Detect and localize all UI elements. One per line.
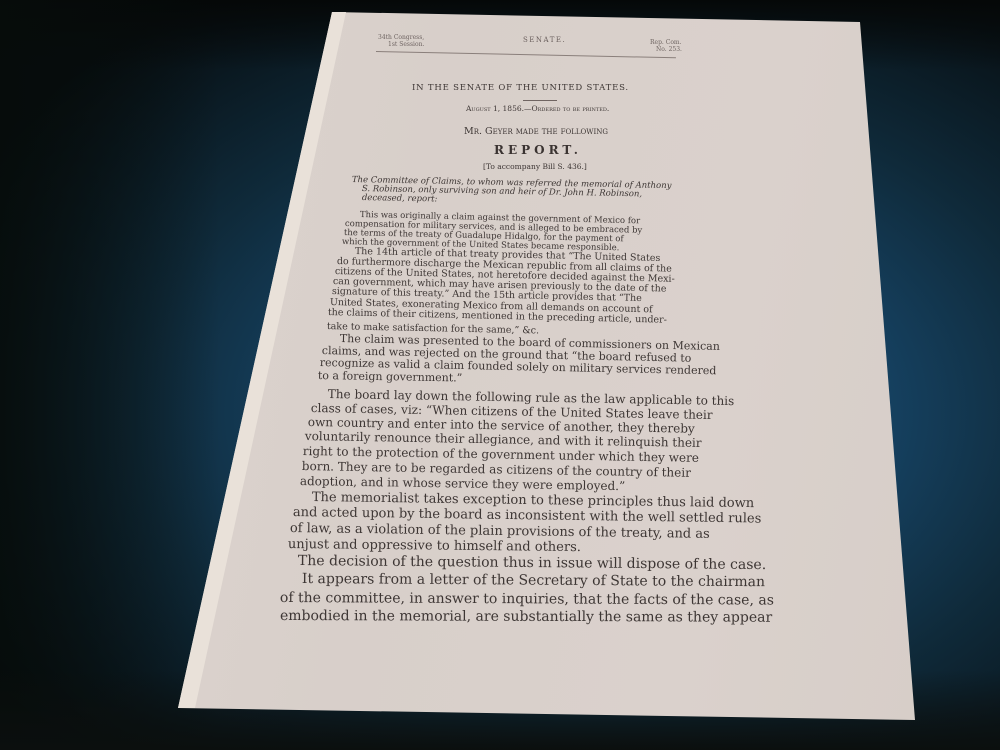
presenter-line: Mr. Geyer made the following [464, 126, 608, 137]
report-title: REPORT. [494, 143, 582, 157]
header-report-number: No. 253. [656, 46, 682, 53]
body-line: The decision of the question thus in iss… [298, 553, 766, 573]
header-rule [376, 51, 676, 58]
bill-reference: [To accompany Bill S. 436.] [483, 162, 587, 171]
body-line: embodied in the memorial, are substantia… [280, 608, 772, 626]
body-line: to a foreign government.” [318, 369, 463, 385]
header-congress: 34th Congress, [378, 34, 424, 41]
document-text: 34th Congress, 1st Session. SENATE. Rep.… [0, 0, 1000, 750]
body-line: It appears from a letter of the Secretar… [302, 571, 765, 590]
body-line: of the committee, in answer to inquiries… [280, 590, 774, 609]
header-chamber: SENATE. [523, 36, 566, 44]
date-line: August 1, 1856.—Ordered to be printed. [466, 104, 609, 113]
venue-line: IN THE SENATE OF THE UNITED STATES. [412, 83, 629, 93]
title-divider [523, 100, 557, 101]
header-session: 1st Session. [388, 41, 424, 48]
header-report-type: Rep. Com. [650, 39, 682, 46]
intro-line: deceased, report: [362, 193, 438, 204]
